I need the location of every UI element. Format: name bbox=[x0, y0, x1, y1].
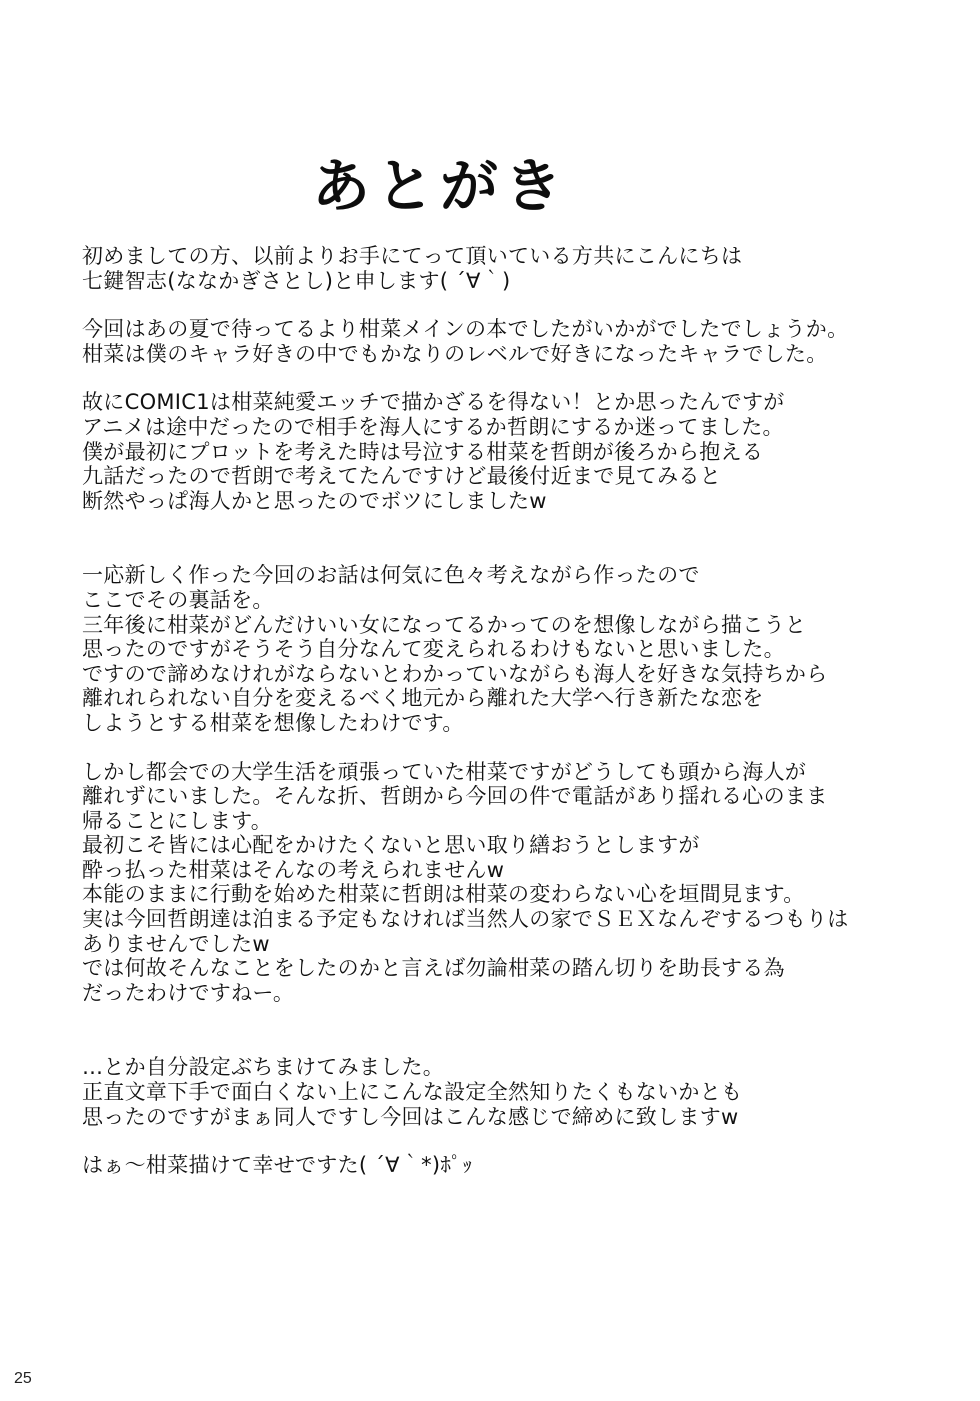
text-line: 正直文章下手で面白くない上にこんな設定全然知りたくもないかとも bbox=[82, 1080, 942, 1105]
text-line: だったわけですねー。 bbox=[82, 981, 942, 1006]
text-line: 今回はあの夏で待ってるより柑菜メインの本でしたがいかがでしたでしょうか。 bbox=[82, 317, 942, 342]
text-line: 離れれられない自分を変えるべく地元から離れた大学へ行き新たな恋を bbox=[82, 686, 942, 711]
text-line: ありませんでしたw bbox=[82, 932, 942, 957]
page-title: あとがき bbox=[0, 139, 880, 223]
text-line: 最初こそ皆には心配をかけたくないと思い取り繕おうとしますが bbox=[82, 833, 942, 858]
paragraph-signoff: はぁ～柑菜描けて幸せですた( ´∀｀*)ﾎﾟｯ bbox=[82, 1153, 942, 1178]
paragraph-spacer bbox=[82, 513, 942, 563]
text-line: 実は今回哲朗達は泊まる予定もなければ当然人の家でＳＥＸなんぞするつもりは bbox=[82, 907, 942, 932]
text-line: 九話だったので哲朗で考えてたんですけど最後付近まで見てみると bbox=[82, 464, 942, 489]
text-line: 酔っ払った柑菜はそんなの考えられませんw bbox=[82, 858, 942, 883]
text-line: ここでその裏話を。 bbox=[82, 588, 942, 613]
text-line: 故にCOMIC1は柑菜純愛エッチで描かざるを得ない！とか思ったんですが bbox=[82, 390, 942, 415]
paragraph-spacer bbox=[82, 1129, 942, 1153]
text-line: 柑菜は僕のキャラ好きの中でもかなりのレベルで好きになったキャラでした。 bbox=[82, 342, 942, 367]
paragraph-backstory: 一応新しく作った今回のお話は何気に色々考えながら作ったので ここでその裏話を。 … bbox=[82, 563, 942, 735]
text-line: しかし都会での大学生活を頑張っていた柑菜ですがどうしても頭から海人が bbox=[82, 760, 942, 785]
text-line: アニメは途中だったので相手を海人にするか哲朗にするか迷ってました。 bbox=[82, 415, 942, 440]
text-line: 僕が最初にプロットを考えた時は号泣する柑菜を哲朗が後ろから抱える bbox=[82, 440, 942, 465]
paragraph-closing: …とか自分設定ぶちまけてみました。 正直文章下手で面白くない上にこんな設定全然知… bbox=[82, 1055, 942, 1129]
text-line: 初めましての方、以前よりお手にてって頂いている方共にこんにちは bbox=[82, 244, 942, 269]
paragraph-spacer bbox=[82, 293, 942, 317]
text-line: 思ったのですがまぁ同人ですし今回はこんな感じで締めに致しますw bbox=[82, 1105, 942, 1130]
text-line: 本能のままに行動を始めた柑菜に哲朗は柑菜の変わらない心を垣間見ます。 bbox=[82, 882, 942, 907]
text-line: はぁ～柑菜描けて幸せですた( ´∀｀*)ﾎﾟｯ bbox=[82, 1153, 942, 1178]
text-line: 離れずにいました。そんな折、哲朗から今回の件で電話があり揺れる心のまま bbox=[82, 784, 942, 809]
page-number: 25 bbox=[14, 1370, 32, 1388]
text-line: しようとする柑菜を想像したわけです。 bbox=[82, 711, 942, 736]
paragraph-greeting: 初めましての方、以前よりお手にてって頂いている方共にこんにちは 七鍵智志(ななか… bbox=[82, 244, 942, 293]
paragraph-spacer bbox=[82, 366, 942, 390]
paragraph-plot-origin: 故にCOMIC1は柑菜純愛エッチで描かざるを得ない！とか思ったんですが アニメは… bbox=[82, 390, 942, 513]
text-line: ですので諦めなけれがならないとわかっていながらも海人を好きな気持ちから bbox=[82, 662, 942, 687]
text-line: 思ったのですがそうそう自分なんて変えられるわけもないと思いました。 bbox=[82, 637, 942, 662]
paragraph-story-detail: しかし都会での大学生活を頑張っていた柑菜ですがどうしても頭から海人が 離れずにい… bbox=[82, 760, 942, 1006]
text-line: 七鍵智志(ななかぎさとし)と申します( ´∀｀) bbox=[82, 269, 942, 294]
paragraph-spacer bbox=[82, 736, 942, 760]
text-line: では何故そんなことをしたのかと言えば勿論柑菜の踏ん切りを助長する為 bbox=[82, 956, 942, 981]
text-line: 断然やっぱ海人かと思ったのでボツにしましたw bbox=[82, 489, 942, 514]
text-line: 一応新しく作った今回のお話は何気に色々考えながら作ったので bbox=[82, 563, 942, 588]
paragraph-spacer bbox=[82, 1005, 942, 1055]
paragraph-intro: 今回はあの夏で待ってるより柑菜メインの本でしたがいかがでしたでしょうか。 柑菜は… bbox=[82, 317, 942, 366]
text-line: …とか自分設定ぶちまけてみました。 bbox=[82, 1055, 942, 1080]
text-line: 帰ることにします。 bbox=[82, 809, 942, 834]
text-line: 三年後に柑菜がどんだけいい女になってるかってのを想像しながら描こうと bbox=[82, 613, 942, 638]
afterword-body: 初めましての方、以前よりお手にてって頂いている方共にこんにちは 七鍵智志(ななか… bbox=[82, 244, 942, 1178]
